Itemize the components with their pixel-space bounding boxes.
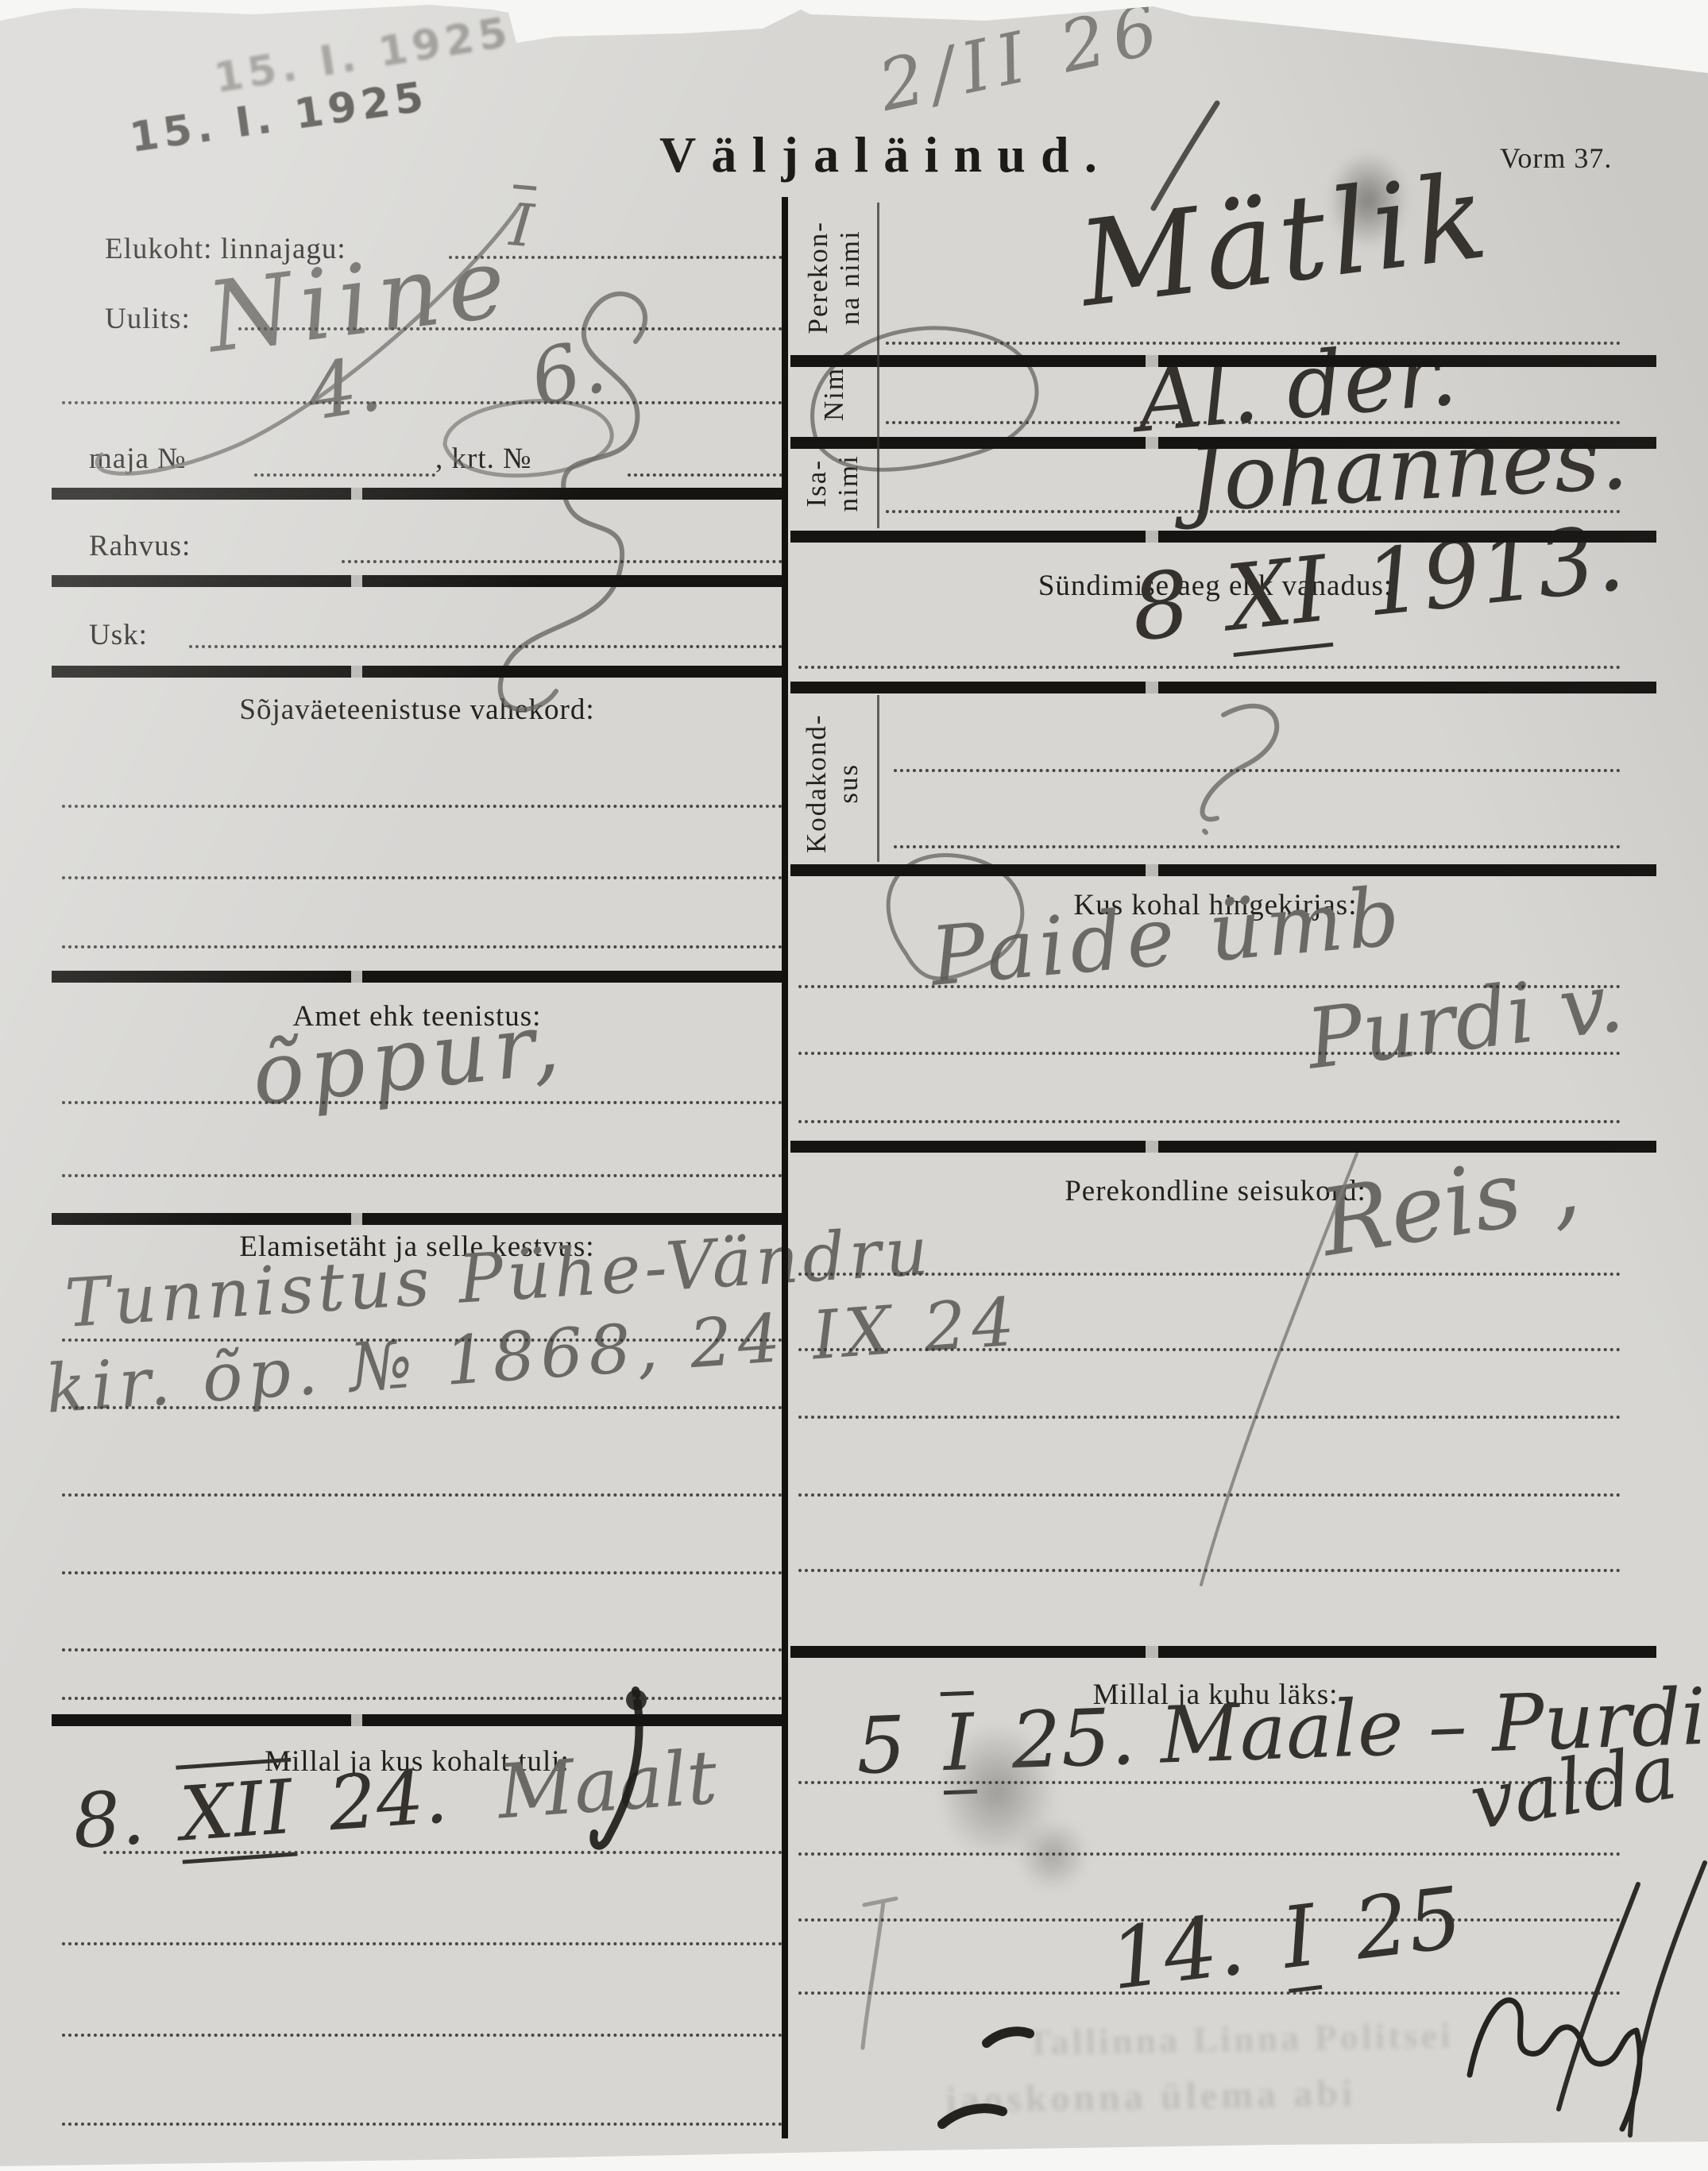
- departure2-day: 14.: [1105, 1895, 1250, 2009]
- departure-day: 5: [855, 1700, 907, 1792]
- dotted-rule: [103, 1851, 783, 1854]
- dotted-rule: [798, 1493, 1621, 1497]
- dotted-rule: [62, 1339, 783, 1342]
- signature-dot: [1640, 2143, 1649, 2153]
- label-column-rule: [877, 203, 879, 528]
- thick-rule-bar: [52, 666, 783, 678]
- dotted-rule: [798, 1273, 1621, 1276]
- occupation-value-handwriting: õppur,: [247, 994, 570, 1126]
- citizenship-vertical-label: Kodakond- sus: [801, 700, 865, 867]
- registry-circle-flourish: [888, 856, 1022, 979]
- dotted-rule: [62, 945, 783, 948]
- arrival-place: Maalt: [495, 1734, 720, 1836]
- dotted-rule: [62, 1697, 783, 1700]
- form-number: Vorm 37.: [1500, 141, 1612, 175]
- dotted-rule: [62, 1101, 783, 1104]
- roman-numeral-one: I: [507, 184, 536, 261]
- thick-rule-bar: [790, 682, 1656, 693]
- dotted-rule: [798, 1052, 1621, 1055]
- dotted-rule: [62, 2034, 783, 2037]
- arrival-bold-stroke: [593, 1690, 639, 1846]
- scanned-registration-card: 15. I. 1925 15. I. 1925 2/II 26 Väljaläi…: [0, 0, 1708, 2171]
- father-name-handwriting: Johannes.: [1185, 406, 1631, 532]
- citizenship-label-line2: sus: [833, 700, 864, 867]
- paper-sheet: 15. I. 1925 15. I. 1925 2/II 26 Väljaläi…: [0, 0, 1708, 2171]
- dotted-rule: [798, 1781, 1621, 1784]
- first-name-label: Nimi: [818, 353, 850, 425]
- handwriting-flourishes: [0, 0, 1708, 2171]
- column-divider-line: [782, 197, 788, 2138]
- registry-line1-handwriting: Paide ümb: [927, 869, 1408, 1005]
- dotted-rule: [342, 560, 783, 563]
- dotted-rule: [62, 1174, 783, 1177]
- dotted-rule: [254, 473, 435, 477]
- signature-loops: [1470, 2000, 1640, 2129]
- dotted-rule: [62, 1493, 783, 1497]
- thick-rule-bar: [790, 531, 1656, 543]
- dotted-rule: [798, 1416, 1621, 1419]
- dotted-rule: [894, 845, 1621, 848]
- pencil-seven-mark: [863, 1899, 896, 2048]
- departure2-month: I: [1277, 1887, 1322, 1993]
- dotted-rule: [798, 666, 1621, 669]
- departure-date2-handwriting: 14. I 25: [1105, 1868, 1467, 2008]
- departure-line1-handwriting: 5 I 25. Maale – Purdi: [855, 1672, 1708, 1792]
- family-name-label-line2: na nimi: [834, 209, 866, 346]
- dotted-rule: [62, 805, 783, 808]
- street-label: Uulits:: [105, 302, 191, 336]
- dotted-rule: [628, 473, 783, 477]
- dotted-rule: [449, 256, 783, 259]
- arrival-stroke-blob: [626, 1690, 647, 1710]
- dotted-rule: [62, 1406, 783, 1409]
- house-number-label: maja №: [89, 442, 186, 476]
- family-name-vertical-label: Perekon- na nimi: [802, 209, 867, 346]
- residence-value-handwriting: I: [507, 191, 536, 261]
- street-flourish-stroke: [97, 205, 520, 473]
- thick-rule-bar: [52, 1714, 783, 1726]
- house-number-handwriting: 4.: [301, 338, 387, 438]
- departure-label: Millal ja kuhu läks:: [794, 1678, 1637, 1712]
- bold-dash-upper: [987, 2031, 1030, 2043]
- family-name-label-line1: Perekon-: [802, 209, 834, 346]
- birth-day: 8: [1126, 550, 1195, 662]
- father-name-vertical-label: Isa- nimi: [801, 439, 865, 527]
- citizenship-squiggle: [1203, 706, 1277, 832]
- arrival-label: Millal ja kus kohalt tuli:: [52, 1744, 783, 1779]
- faded-office-stamp-line1: Tallinna Linna Politsei: [1026, 2014, 1455, 2063]
- dotted-rule: [62, 1648, 783, 1651]
- thick-rule-bar: [790, 355, 1656, 367]
- signature-diagonal-1: [1559, 1884, 1638, 2109]
- family-status-handwriting: Reis ,: [1313, 1131, 1586, 1277]
- occupation-label: Amet ehk teenistus:: [52, 999, 783, 1033]
- nationality-scrawl: [500, 294, 645, 709]
- birth-year: 1913.: [1360, 504, 1629, 636]
- date-stamp-faint: 15. I. 1925: [211, 9, 516, 102]
- thick-rule-bar: [52, 971, 783, 983]
- dotted-rule: [62, 1571, 783, 1574]
- apartment-circle-flourish: [445, 401, 612, 476]
- dotted-rule: [894, 769, 1621, 772]
- thick-rule-bar: [790, 1646, 1656, 1658]
- arrival-month: XII: [176, 1758, 297, 1864]
- birth-month: XI: [1222, 536, 1333, 657]
- father-name-label-line2: nimi: [833, 439, 864, 527]
- birth-label: Sündimise aeg ehk vanadus:: [794, 569, 1637, 603]
- date-stamp: 15. I. 1925: [127, 73, 431, 162]
- dotted-rule: [798, 1991, 1621, 1995]
- registry-line2-handwriting: Purdi v.: [1302, 953, 1629, 1088]
- arrival-day: 8.: [70, 1775, 147, 1866]
- dotted-rule: [189, 645, 783, 648]
- departure2-year: 25: [1349, 1868, 1467, 1979]
- gray-stain: [937, 1724, 1057, 1859]
- ink-smudge: [1328, 153, 1408, 248]
- apartment-number-handwriting: 6.: [521, 321, 613, 425]
- arrival-year: 24.: [326, 1753, 450, 1848]
- family-status-diagonal-stroke: [1201, 1153, 1357, 1585]
- dotted-rule: [798, 1918, 1621, 1922]
- pencil-date-note: 2/II 26: [871, 0, 1173, 127]
- father-name-label-line1: Isa-: [801, 439, 833, 527]
- thick-rule-bar: [52, 1213, 783, 1225]
- label-column-rule: [877, 695, 879, 862]
- signature-diagonal-2: [1630, 1863, 1705, 2135]
- dotted-rule: [886, 510, 1621, 513]
- thick-rule-bar: [790, 437, 1656, 449]
- thick-rule-bar: [52, 575, 783, 587]
- dotted-rule: [798, 1348, 1621, 1351]
- title-pen-stroke: [1153, 103, 1217, 208]
- first-name-vertical-label: Nimi: [818, 353, 850, 425]
- dotted-rule: [886, 421, 1621, 424]
- permit-line1-handwriting: Tunnistus Pühe-Vändru: [63, 1211, 934, 1342]
- nationality-label: Rahvus:: [89, 529, 191, 563]
- departure-line2-handwriting: valda: [1464, 1727, 1683, 1847]
- military-service-label: Sõjaväeteenistuse vahekord:: [52, 693, 783, 727]
- arrival-value-handwriting: 8. XII 24. Maalt: [70, 1734, 720, 1865]
- departure-destination: 25. Maale – Purdi: [1010, 1672, 1707, 1787]
- family-status-label: Perekondline seisukord:: [794, 1174, 1637, 1208]
- registry-label: Kus kohal hingekirjas:: [794, 888, 1637, 922]
- departure-month: I: [940, 1691, 977, 1794]
- dotted-rule: [62, 1942, 783, 1945]
- first-name-handwriting: Al. der.: [1133, 322, 1461, 453]
- dotted-rule: [886, 342, 1621, 345]
- faded-office-stamp-line2: jaoskonna ülema abi: [944, 2071, 1357, 2122]
- residence-permit-label: Elamisetäht ja selle kestvus:: [52, 1230, 783, 1264]
- dotted-rule: [62, 2123, 783, 2126]
- street-value-handwriting: Niine: [201, 226, 519, 375]
- gray-stain-small: [1017, 1819, 1088, 1891]
- citizenship-label-line1: Kodakond-: [801, 700, 833, 867]
- page-title: Väljaläinud.: [612, 126, 1160, 184]
- dotted-rule: [798, 1569, 1621, 1572]
- thick-rule-bar: [790, 1141, 1656, 1153]
- thick-rule-bar: [52, 488, 783, 500]
- thick-rule-bar: [790, 864, 1656, 876]
- dotted-rule: [62, 401, 783, 404]
- dotted-rule: [798, 985, 1621, 988]
- dotted-rule: [238, 327, 783, 330]
- bold-dash-lower: [942, 2108, 1003, 2124]
- apartment-number-label: , krt. №: [435, 442, 531, 476]
- dotted-rule: [798, 1120, 1621, 1123]
- permit-line2-handwriting: kir. õp. № 1868, 24 IX 24: [44, 1282, 1022, 1427]
- family-name-handwriting: Mätlik: [1072, 147, 1499, 333]
- birth-date-handwriting: 8 XI 1913.: [1126, 504, 1629, 661]
- dotted-rule: [62, 876, 783, 879]
- family-name-oval-flourish: [813, 328, 1037, 469]
- religion-label: Usk:: [89, 618, 148, 652]
- residence-label: Elukoht: linnajagu:: [105, 232, 346, 266]
- dotted-rule: [798, 1852, 1621, 1856]
